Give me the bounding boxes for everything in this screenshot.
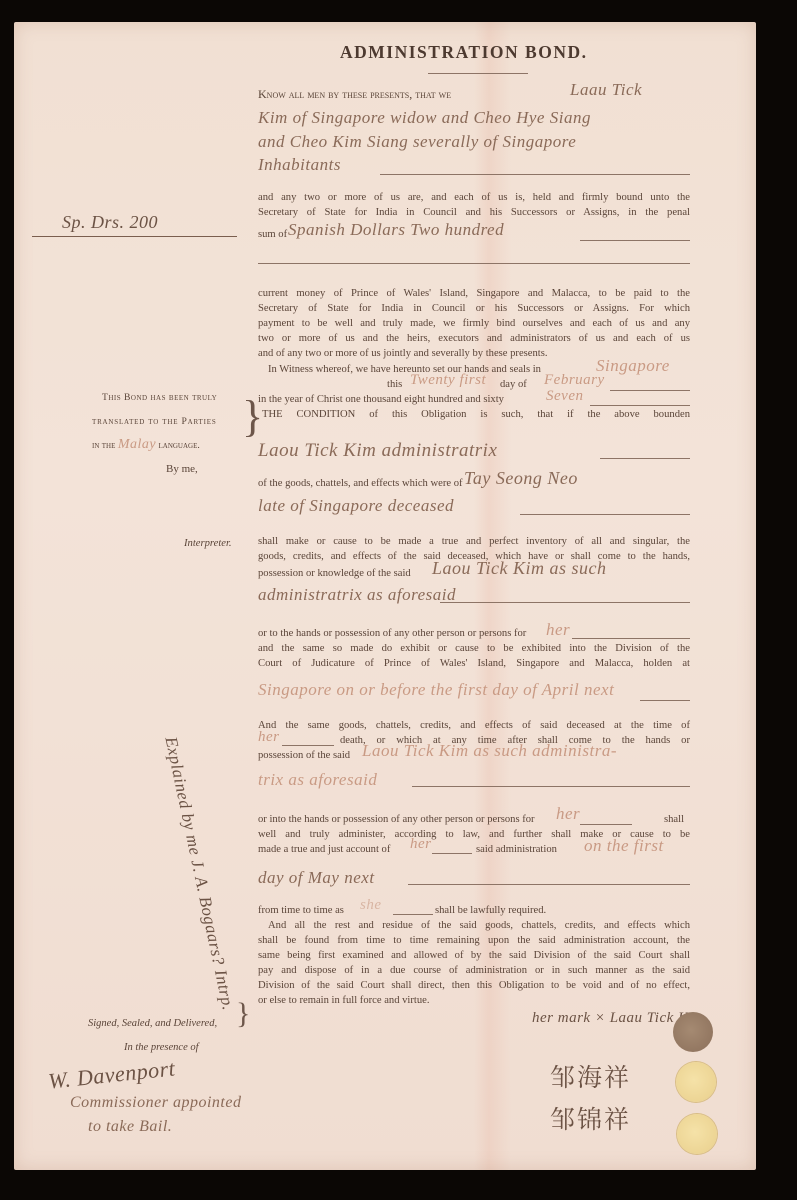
margin-amount: Sp. Drs. 200 — [62, 212, 158, 233]
title-divider — [428, 73, 528, 74]
brace-icon: } — [236, 1006, 250, 1021]
same-goods-hand-2: trix as aforesaid — [258, 770, 377, 790]
exhibit-text-2: Court of Judicature of Prince of Wales' … — [258, 656, 690, 671]
in-presence-label: In the presence of — [124, 1040, 199, 1055]
wax-seal-1 — [673, 1012, 713, 1052]
residue-text-1: And all the rest and residue of the said… — [268, 918, 690, 933]
fill-line — [520, 514, 690, 515]
condition-text: THE CONDITION of this Obligation is such… — [262, 407, 690, 422]
in-the-label: in the — [92, 440, 115, 451]
inventory-hand-1: Laou Tick Kim as such — [432, 558, 607, 579]
hands-text: or to the hands or possession of any oth… — [258, 626, 526, 641]
fill-line — [590, 405, 690, 406]
brace-icon: } — [242, 387, 263, 447]
this-label: this — [387, 377, 402, 392]
fill-line — [393, 914, 433, 915]
fill-line — [440, 602, 690, 603]
goods-text: of the goods, chattels, and effects whic… — [258, 476, 463, 491]
holden-at-hand: Singapore on or before the first day of … — [258, 680, 614, 700]
residue-text-4: pay and dispose of in a due course of ad… — [258, 963, 690, 978]
chinese-signature-2: 邹锦祥 — [550, 1100, 631, 1136]
translation-note-2: translated to the Parties — [92, 414, 217, 429]
wafer-seal-2 — [676, 1062, 716, 1102]
inventory-text-1: shall make or cause to be made a true an… — [258, 534, 690, 549]
document-title: ADMINISTRATION BOND. — [340, 42, 587, 63]
fill-line — [282, 745, 334, 746]
deceased-hand: late of Singapore deceased — [258, 496, 454, 516]
commissioner-title-1: Commissioner appointed — [70, 1094, 241, 1112]
exhibit-text-1: and the same so made do exhibit or cause… — [258, 641, 690, 656]
margin-amount-underline — [32, 236, 237, 237]
year-text: in the year of Christ one thousand eight… — [258, 392, 504, 407]
administration-hand-2: day of May next — [258, 868, 375, 888]
by-me-label: By me, — [166, 462, 198, 477]
current-money-text-2: Secretary of State for India in Council … — [258, 301, 690, 316]
day-hand: Twenty first — [410, 372, 486, 389]
administer-text-4: said administration — [476, 842, 557, 857]
translation-note-1: This Bond has been truly — [102, 390, 217, 405]
same-goods-text-3: possession of the said — [258, 748, 350, 763]
current-money-text-3: payment to be well and truly made, we fi… — [258, 316, 690, 331]
fill-line — [432, 853, 472, 854]
current-money-text-1: current money of Prince of Wales' Island… — [258, 286, 690, 301]
witness-place-hand: Singapore — [596, 356, 670, 376]
same-goods-hand-1: Laou Tick Kim as such administra- — [362, 741, 617, 761]
administer-text-1: or into the hands or possession of any o… — [258, 812, 535, 827]
witness-text: In Witness whereof, we have hereunto set… — [268, 362, 541, 377]
inventory-text-3: possession or knowledge of the said — [258, 566, 411, 581]
penal-sum-hand: Spanish Dollars Two hundred — [288, 220, 504, 240]
current-money-text-4: two or more of us and the heirs, executo… — [258, 331, 690, 346]
residue-text-3: same being first examined and allowed of… — [258, 948, 690, 963]
bound-text-2: Secretary of State for India in Council … — [258, 205, 690, 220]
obligor-hand-3: and Cheo Kim Siang severally of Singapor… — [258, 132, 576, 152]
language-label: language. — [158, 440, 199, 451]
administration-hand-1: on the first — [584, 836, 664, 856]
obligor-hand-2: Kim of Singapore widow and Cheo Hye Sian… — [258, 108, 591, 128]
month-hand: February — [544, 372, 605, 389]
wafer-seal-3 — [677, 1114, 717, 1154]
chinese-signature-1: 邹海祥 — [550, 1058, 631, 1094]
year-hand: Seven — [546, 388, 583, 405]
same-goods-her-hand: her — [258, 729, 280, 746]
bound-text-1: and any two or more of us are, and each … — [258, 190, 690, 205]
translation-note-3: in the Malay language. — [92, 437, 200, 453]
fill-line — [580, 824, 632, 825]
fill-line — [408, 884, 690, 885]
fill-line — [580, 240, 690, 241]
from-time-she-hand: she — [360, 897, 382, 914]
day-of-label: day of — [500, 377, 527, 392]
administratrix-hand: Laou Tick Kim administratrix — [258, 440, 497, 462]
current-money-text-5: and of any two or more of us jointly and… — [258, 346, 548, 361]
sum-of-label: sum of — [258, 227, 287, 242]
interpreter-label: Interpreter. — [184, 536, 232, 551]
inventory-hand-2: administratrix as aforesaid — [258, 585, 456, 605]
account-her-hand: her — [410, 836, 432, 853]
language-hand: Malay — [118, 437, 156, 452]
lawfully-required-text: shall be lawfully required. — [435, 903, 546, 918]
residue-text-6: or else to remain in full force and virt… — [258, 993, 430, 1008]
shall-label: shall — [664, 812, 684, 827]
hands-her-hand: her — [546, 620, 570, 640]
residue-text-5: Division of the said Court shall direct,… — [258, 978, 690, 993]
commissioner-title-2: to take Bail. — [88, 1118, 172, 1136]
fill-line — [610, 390, 690, 391]
obligor-hand-4: Inhabitants — [258, 155, 341, 175]
from-time-text: from time to time as — [258, 903, 344, 918]
know-all-men-text: Know all men by these presents, that we — [258, 87, 451, 102]
fill-line — [572, 638, 690, 639]
same-goods-text-1: And the same goods, chattels, credits, a… — [258, 718, 690, 733]
fill-line — [258, 263, 690, 264]
residue-text-2: shall be found from time to time remaini… — [258, 933, 690, 948]
signed-sealed-label: Signed, Sealed, and Delivered, — [88, 1016, 217, 1031]
deceased-name-hand: Tay Seong Neo — [464, 468, 578, 489]
administer-text-3: made a true and just account of — [258, 842, 390, 857]
fill-line — [640, 700, 690, 701]
administer-her-hand: her — [556, 804, 580, 824]
fill-line — [600, 458, 690, 459]
fill-line — [412, 786, 690, 787]
obligor-hand-1: Laau Tick — [570, 80, 642, 100]
fill-line — [380, 174, 690, 175]
